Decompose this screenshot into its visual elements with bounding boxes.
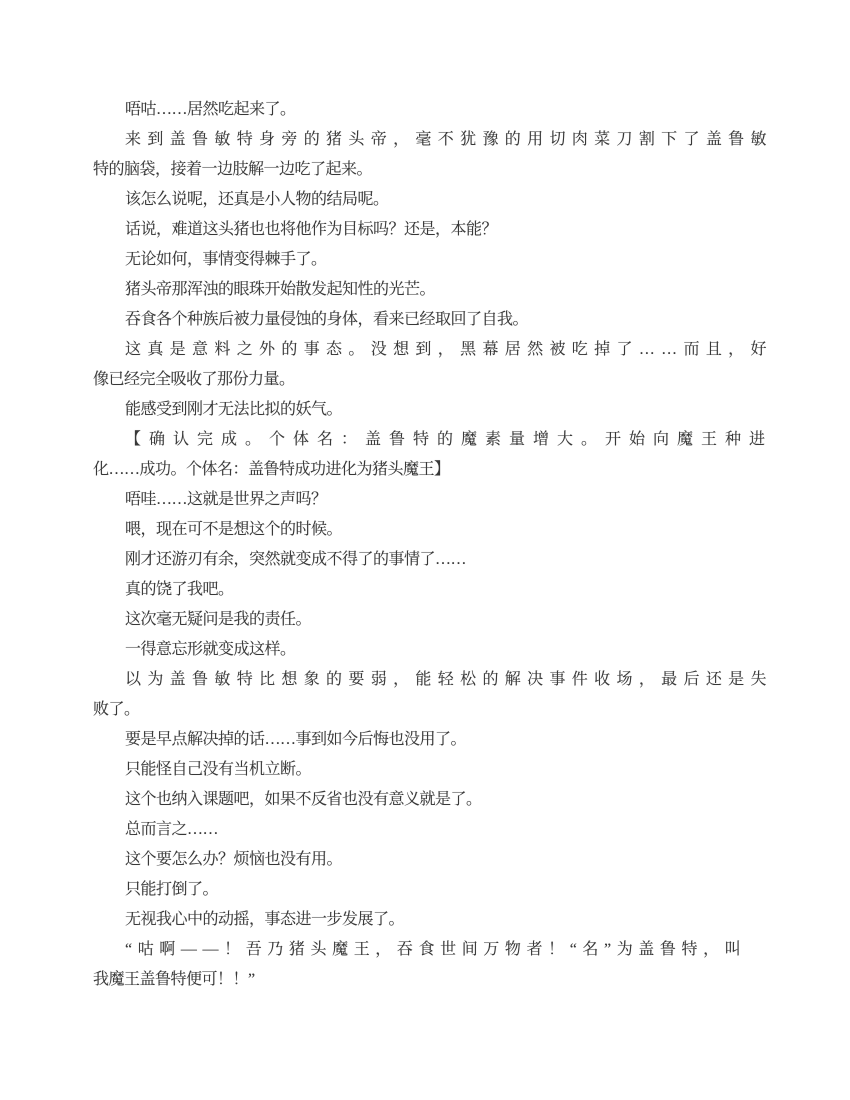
paragraph-line: 该怎么说呢，还真是小人物的结局呢。 (93, 185, 773, 215)
paragraph-line: 话说，难道这头猪也也将他作为目标吗？还是，本能？ (93, 215, 773, 245)
paragraph: 这真是意料之外的事态。没想到，黑幕居然被吃掉了……而且，好像已经完全吸收了那份力… (93, 335, 773, 395)
paragraph: 来到盖鲁敏特身旁的猪头帝，毫不犹豫的用切肉菜刀割下了盖鲁敏特的脑袋，接着一边肢解… (93, 125, 773, 185)
paragraph-line: 刚才还游刃有余，突然就变成不得了的事情了…… (93, 545, 773, 575)
paragraph: 猪头帝那浑浊的眼珠开始散发起知性的光芒。 (93, 275, 773, 305)
novel-page: 唔咕……居然吃起来了。来到盖鲁敏特身旁的猪头帝，毫不犹豫的用切肉菜刀割下了盖鲁敏… (0, 0, 850, 1100)
paragraph-line: 唔咕……居然吃起来了。 (93, 95, 773, 125)
paragraph: “咕啊——！吾乃猪头魔王，吞食世间万物者！“名”为盖鲁特，叫我魔王盖鲁特便可！！… (93, 935, 773, 995)
paragraph-line: 以为盖鲁敏特比想象的要弱，能轻松的解决事件收场，最后还是失 (93, 665, 773, 695)
paragraph-line: 无视我心中的动摇，事态进一步发展了。 (93, 905, 773, 935)
paragraph: 这个也纳入课题吧，如果不反省也没有意义就是了。 (93, 785, 773, 815)
text-content: 唔咕……居然吃起来了。来到盖鲁敏特身旁的猪头帝，毫不犹豫的用切肉菜刀割下了盖鲁敏… (93, 95, 773, 995)
paragraph-line: 喂，现在可不是想这个的时候。 (93, 515, 773, 545)
paragraph-line: 只能打倒了。 (93, 875, 773, 905)
paragraph: 该怎么说呢，还真是小人物的结局呢。 (93, 185, 773, 215)
paragraph: 话说，难道这头猪也也将他作为目标吗？还是，本能？ (93, 215, 773, 245)
paragraph: 总而言之…… (93, 815, 773, 845)
paragraph-line: 唔哇……这就是世界之声吗？ (93, 485, 773, 515)
paragraph-line: 来到盖鲁敏特身旁的猪头帝，毫不犹豫的用切肉菜刀割下了盖鲁敏 (93, 125, 773, 155)
paragraph-line: 只能怪自己没有当机立断。 (93, 755, 773, 785)
paragraph-line: 无论如何，事情变得棘手了。 (93, 245, 773, 275)
paragraph-line: 败了。 (93, 695, 773, 725)
paragraph: 以为盖鲁敏特比想象的要弱，能轻松的解决事件收场，最后还是失败了。 (93, 665, 773, 725)
paragraph-line: 真的饶了我吧。 (93, 575, 773, 605)
paragraph: 唔哇……这就是世界之声吗？ (93, 485, 773, 515)
paragraph: 吞食各个种族后被力量侵蚀的身体，看来已经取回了自我。 (93, 305, 773, 335)
paragraph-line: 总而言之…… (93, 815, 773, 845)
paragraph: 唔咕……居然吃起来了。 (93, 95, 773, 125)
paragraph-line: 化……成功。个体名：盖鲁特成功进化为猪头魔王】 (93, 455, 773, 485)
paragraph-line: 吞食各个种族后被力量侵蚀的身体，看来已经取回了自我。 (93, 305, 773, 335)
paragraph: 要是早点解决掉的话……事到如今后悔也没用了。 (93, 725, 773, 755)
paragraph: 只能怪自己没有当机立断。 (93, 755, 773, 785)
paragraph: 能感受到刚才无法比拟的妖气。 (93, 395, 773, 425)
paragraph-line: “咕啊——！吾乃猪头魔王，吞食世间万物者！“名”为盖鲁特，叫 (93, 935, 773, 965)
paragraph: 这个要怎么办？烦恼也没有用。 (93, 845, 773, 875)
paragraph-line: 要是早点解决掉的话……事到如今后悔也没用了。 (93, 725, 773, 755)
paragraph: 喂，现在可不是想这个的时候。 (93, 515, 773, 545)
paragraph-line: 这个也纳入课题吧，如果不反省也没有意义就是了。 (93, 785, 773, 815)
paragraph: 【确认完成。个体名：盖鲁特的魔素量增大。开始向魔王种进化……成功。个体名：盖鲁特… (93, 425, 773, 485)
paragraph: 一得意忘形就变成这样。 (93, 635, 773, 665)
paragraph-line: 像已经完全吸收了那份力量。 (93, 365, 773, 395)
paragraph: 无论如何，事情变得棘手了。 (93, 245, 773, 275)
paragraph-line: 这真是意料之外的事态。没想到，黑幕居然被吃掉了……而且，好 (93, 335, 773, 365)
paragraph: 无视我心中的动摇，事态进一步发展了。 (93, 905, 773, 935)
paragraph-line: 能感受到刚才无法比拟的妖气。 (93, 395, 773, 425)
paragraph-line: 这次毫无疑问是我的责任。 (93, 605, 773, 635)
paragraph-line: 【确认完成。个体名：盖鲁特的魔素量增大。开始向魔王种进 (93, 425, 773, 455)
paragraph-line: 特的脑袋，接着一边肢解一边吃了起来。 (93, 155, 773, 185)
paragraph-line: 一得意忘形就变成这样。 (93, 635, 773, 665)
paragraph-line: 这个要怎么办？烦恼也没有用。 (93, 845, 773, 875)
paragraph: 这次毫无疑问是我的责任。 (93, 605, 773, 635)
paragraph-line: 我魔王盖鲁特便可！！” (93, 965, 773, 995)
paragraph-line: 猪头帝那浑浊的眼珠开始散发起知性的光芒。 (93, 275, 773, 305)
paragraph: 真的饶了我吧。 (93, 575, 773, 605)
paragraph: 只能打倒了。 (93, 875, 773, 905)
paragraph: 刚才还游刃有余，突然就变成不得了的事情了…… (93, 545, 773, 575)
